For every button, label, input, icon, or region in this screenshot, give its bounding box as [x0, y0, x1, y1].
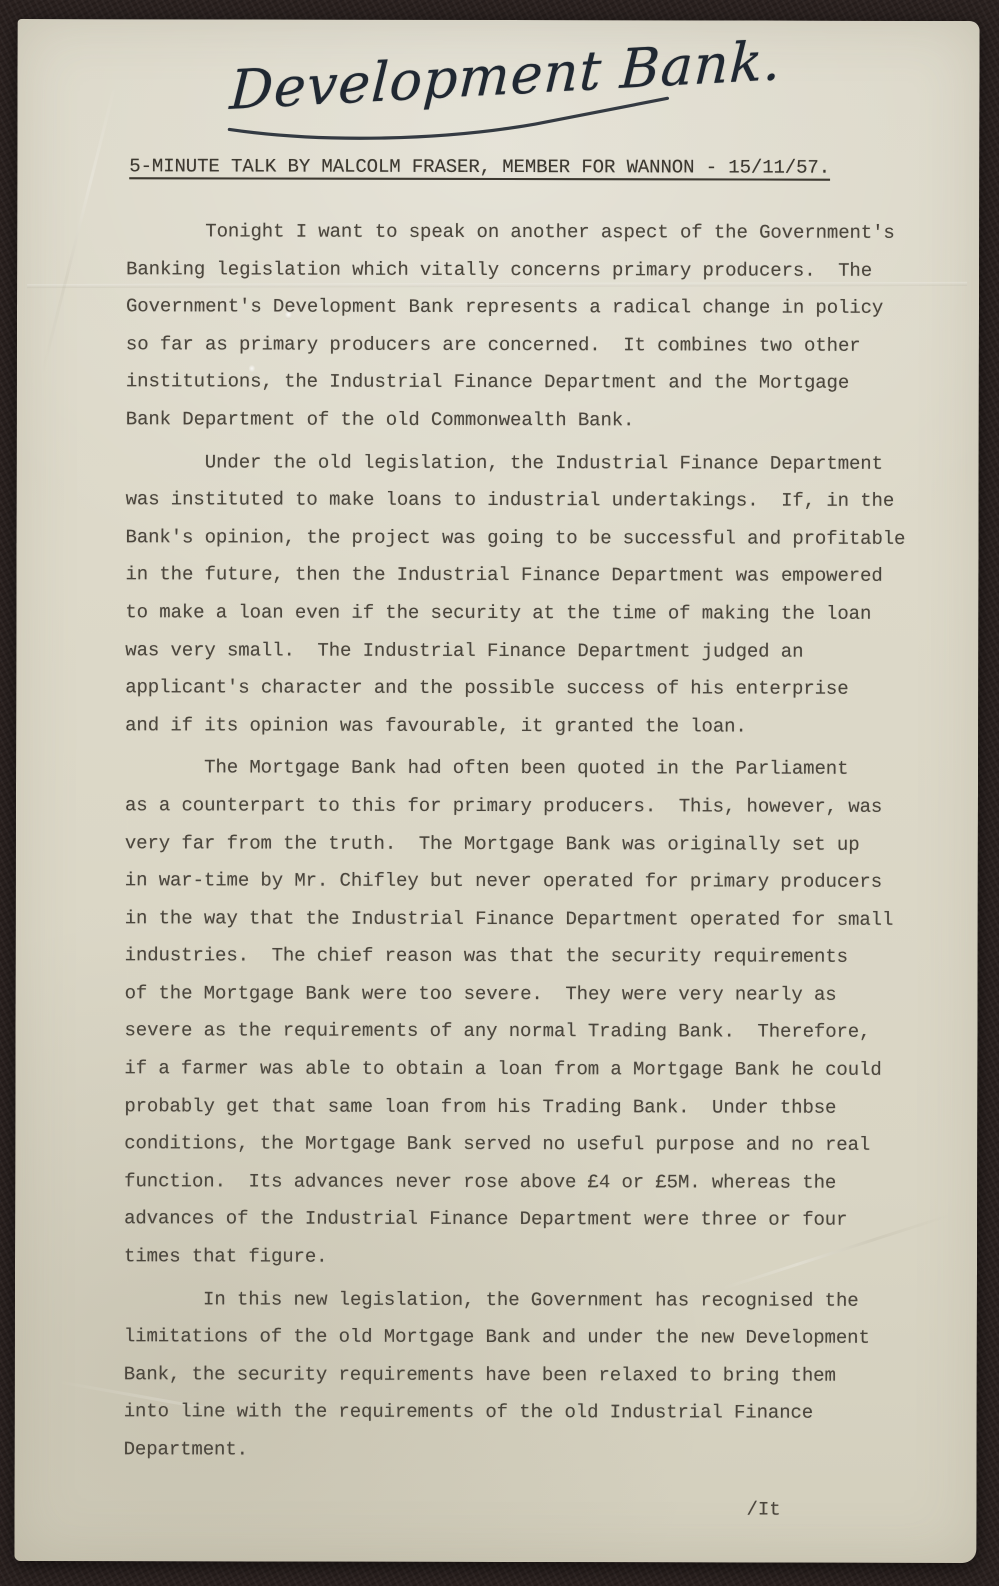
- typed-paragraph: The Mortgage Bank had often been quoted …: [124, 750, 937, 1278]
- typed-title: 5-MINUTE TALK BY MALCOLM FRASER, MEMBER …: [129, 155, 830, 178]
- document-page: Development Bank. 5-MINUTE TALK BY MALCO…: [14, 19, 979, 1563]
- typed-footer: /It: [746, 1499, 780, 1521]
- typed-paragraph: Under the old legislation, the Industria…: [125, 444, 938, 746]
- typed-body: Tonight I want to speak on another aspec…: [124, 213, 939, 1470]
- paper-crease: [41, 83, 117, 375]
- typed-paragraph: In this new legislation, the Government …: [124, 1281, 936, 1471]
- typed-paragraph: Tonight I want to speak on another aspec…: [126, 213, 938, 440]
- scan-background: Development Bank. 5-MINUTE TALK BY MALCO…: [0, 0, 999, 1586]
